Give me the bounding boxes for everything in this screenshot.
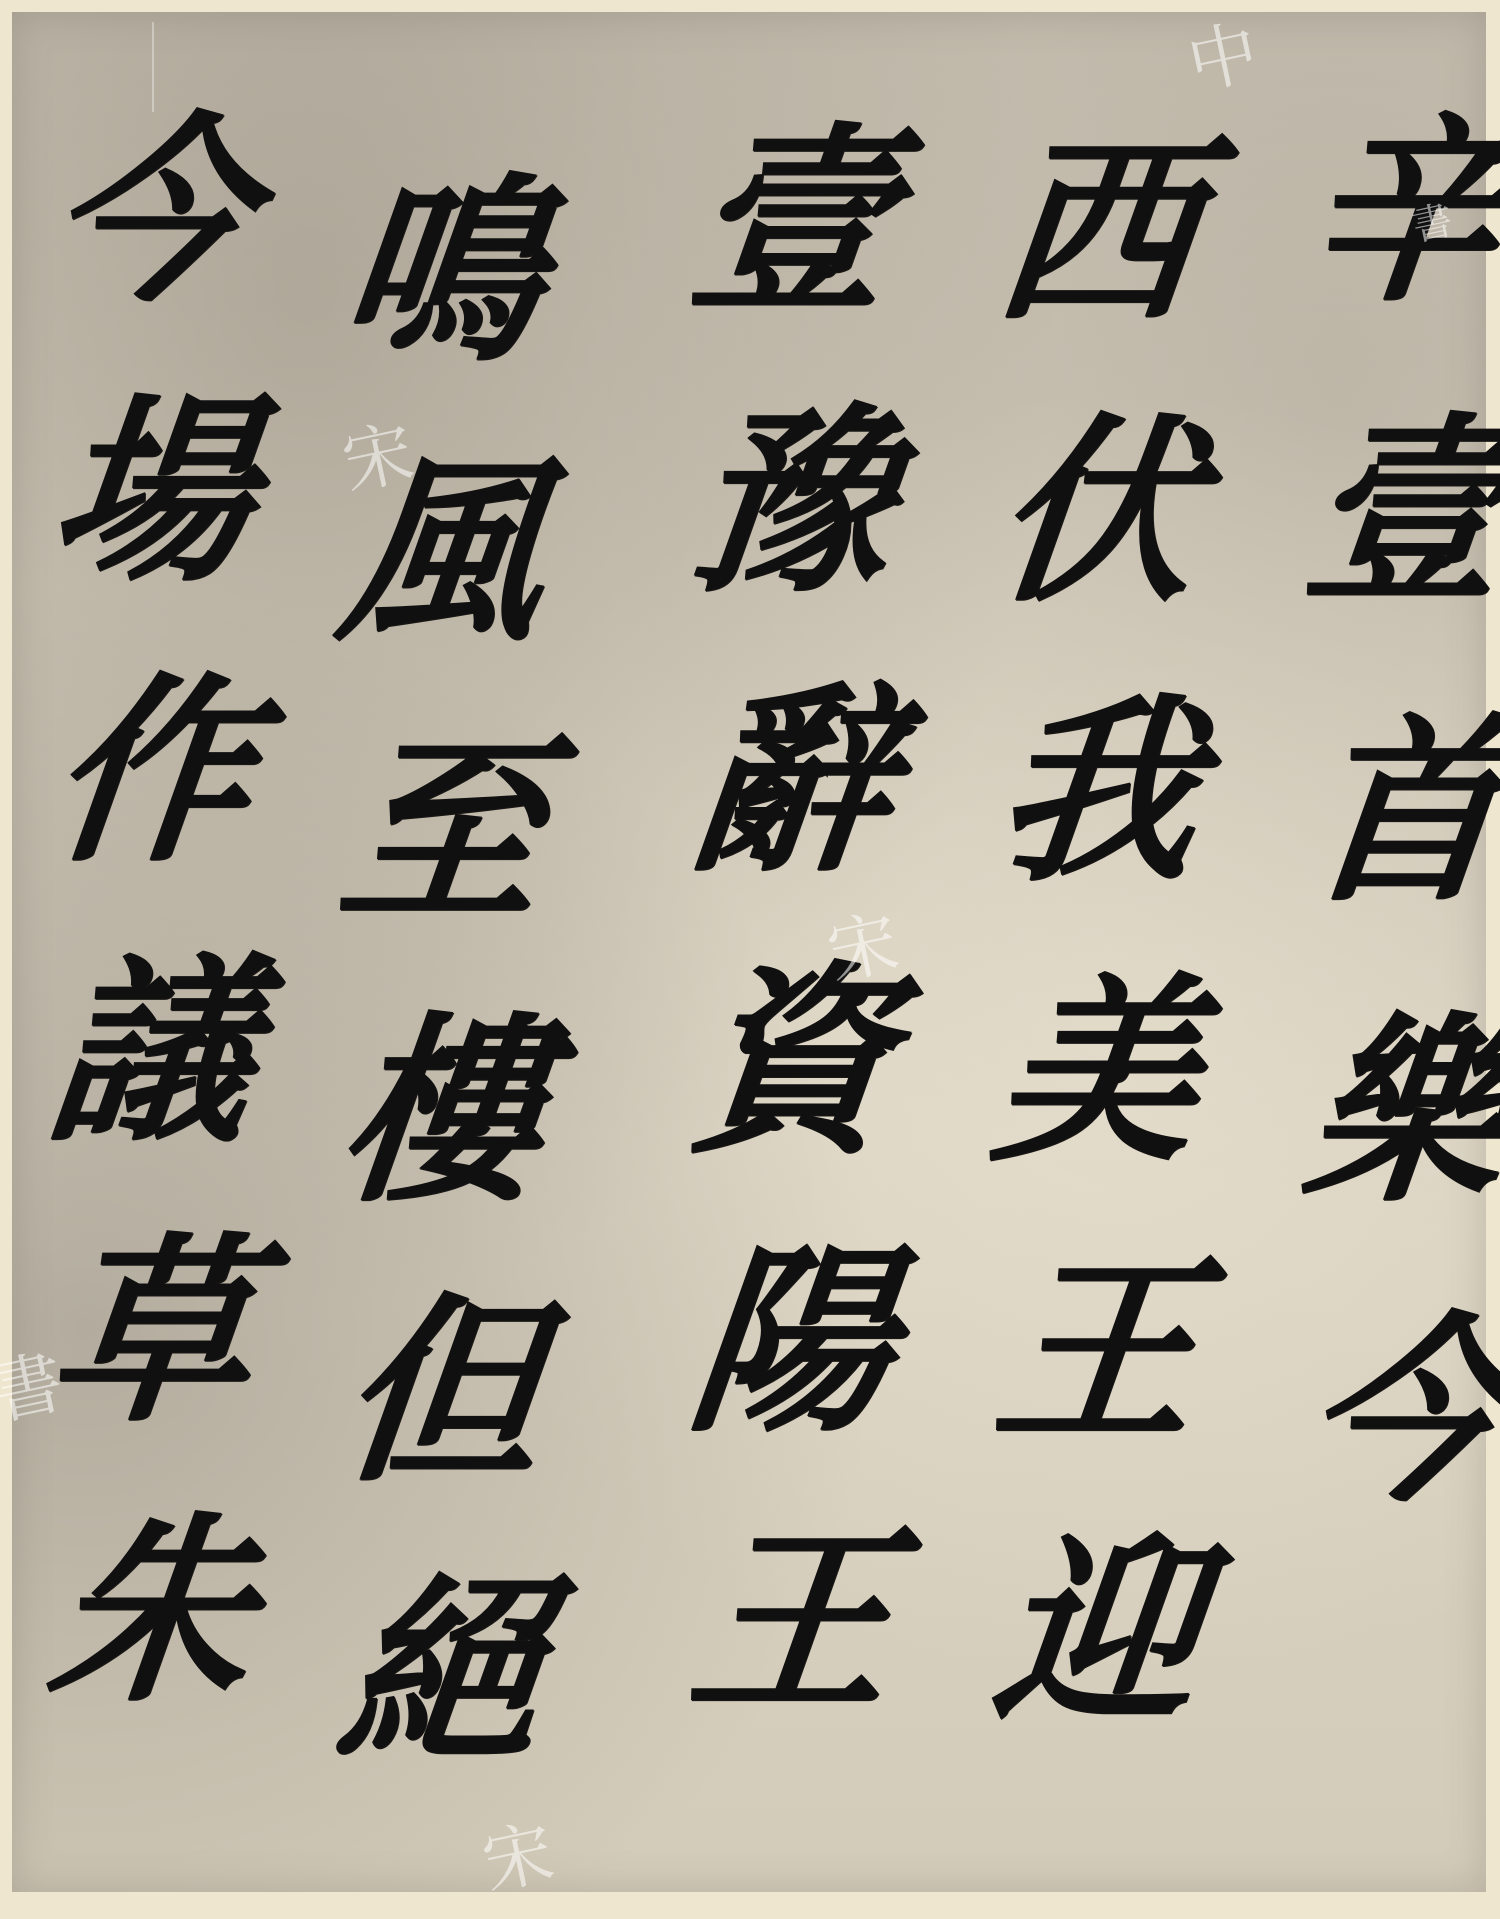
calligraphy-character: 壹: [1293, 382, 1500, 642]
calligraphy-character: 豫: [678, 372, 905, 632]
calligraphy-character: 壹: [678, 92, 905, 352]
calligraphy-character: 辛: [1293, 82, 1500, 342]
calligraphy-paper: 辛 壹 首 樂 今 西 伏 我 美 王 迎 壹 豫 辭 資 陽 王 鳴 風: [12, 12, 1486, 1892]
calligraphy-character: 鳴: [328, 142, 555, 402]
calligraphy-character: 絕: [328, 1542, 555, 1802]
watermark-glyph: 中: [1177, 0, 1266, 109]
calligraphy-character: 至: [328, 702, 555, 962]
calligraphy-character: 迎: [983, 1502, 1210, 1762]
calligraphy-character: 今: [1293, 1282, 1500, 1542]
calligraphy-column-2: 西 伏 我 美 王 迎: [997, 102, 1197, 1762]
calligraphy-character: 草: [38, 1202, 265, 1462]
calligraphy-character: 今: [38, 82, 265, 342]
calligraphy-column-4: 鳴 風 至 樓 但 絕: [342, 142, 542, 1802]
calligraphy-character: 辭: [678, 652, 905, 912]
calligraphy-character: 但: [328, 1262, 555, 1522]
calligraphy-character: 陽: [678, 1212, 905, 1472]
calligraphy-character: 我: [983, 662, 1210, 922]
watermark-glyph: 宋: [472, 1796, 561, 1909]
calligraphy-character: 伏: [983, 382, 1210, 642]
calligraphy-character: 首: [1293, 682, 1500, 942]
calligraphy-character: 王: [983, 1222, 1210, 1482]
calligraphy-character: 議: [38, 922, 265, 1182]
calligraphy-character: 場: [38, 362, 265, 622]
calligraphy-character: 作: [38, 642, 265, 902]
paper-crease: [152, 22, 154, 112]
calligraphy-column-5: 今 場 作 議 草 朱: [52, 82, 252, 1742]
calligraphy-character: 樂: [1293, 982, 1500, 1242]
calligraphy-character: 樓: [328, 982, 555, 1242]
calligraphy-column-1: 辛 壹 首 樂 今: [1307, 82, 1500, 1542]
mounting-border: 辛 壹 首 樂 今 西 伏 我 美 王 迎 壹 豫 辭 資 陽 王 鳴 風: [0, 0, 1500, 1919]
calligraphy-character: 美: [983, 942, 1210, 1202]
calligraphy-character: 王: [678, 1492, 905, 1752]
calligraphy-character: 朱: [38, 1482, 265, 1742]
calligraphy-character: 西: [983, 102, 1210, 362]
